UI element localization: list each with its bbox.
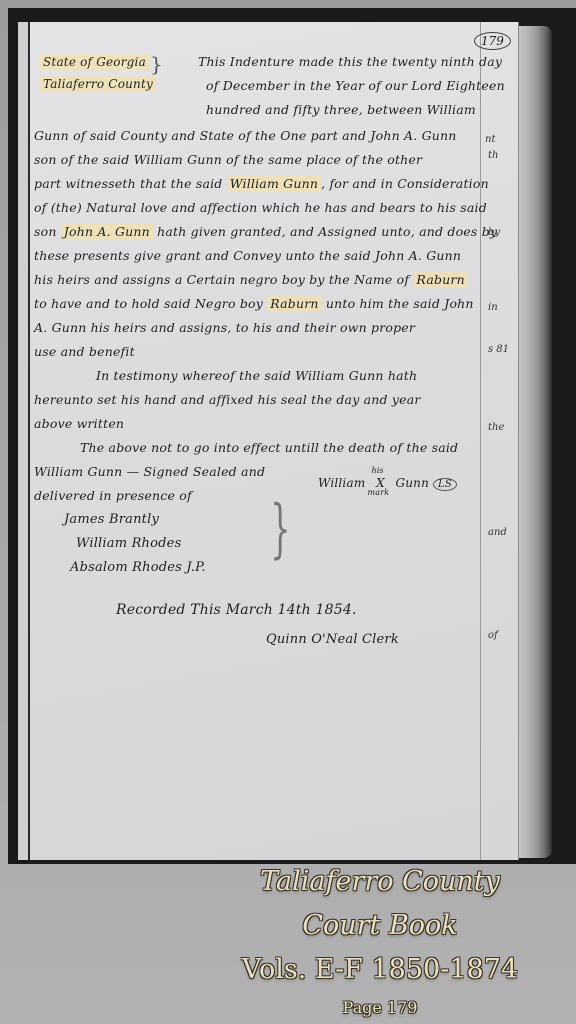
line-17: The above not to go into effect untill t… [80, 440, 458, 455]
margin-note: s 81 [488, 344, 509, 355]
margin-note: nt [485, 134, 495, 145]
caption-page: Page 179 [230, 998, 530, 1017]
caption-county: Taliaferro County [230, 866, 530, 897]
line-3: hundred and fifty three, between William [206, 102, 476, 117]
highlight-william-gunn: William Gunn [227, 175, 321, 192]
witness-1: James Brantly [64, 512, 159, 527]
signature-block: William his X mark Gunn LS [318, 476, 457, 490]
margin-note: by [488, 227, 500, 238]
line-4: Gunn of said County and State of the One… [34, 128, 457, 143]
margin-note: in [488, 302, 498, 313]
margin-note: th [488, 150, 498, 161]
left-margin-rule [28, 22, 30, 860]
line-5: son of the said William Gunn of the same… [34, 152, 422, 167]
line-2: of December in the Year of our Lord Eigh… [206, 78, 505, 93]
right-margin-rule [480, 22, 481, 860]
book-photo-frame: 179 State of Georgia Taliaferro County }… [8, 8, 576, 864]
book-page-edges [518, 26, 552, 858]
heading-county: Taliaferro County [40, 76, 156, 92]
caption-court-book: Court Book [230, 910, 530, 941]
line-12: A. Gunn his heirs and assigns, to his an… [34, 320, 415, 335]
line-18: William Gunn — Signed Sealed and [34, 464, 265, 479]
witness-2: William Rhodes [76, 536, 181, 551]
signature-mark: his X mark [369, 476, 391, 490]
line-10: his heirs and assigns a Certain negro bo… [34, 272, 468, 287]
margin-note: of [488, 630, 498, 641]
line-6: part witnesseth that the said William Gu… [34, 176, 489, 191]
line-8: son John A. Gunn hath given granted, and… [34, 224, 497, 239]
witness-3: Absalom Rhodes J.P. [70, 560, 206, 575]
page-number: 179 [474, 32, 511, 50]
line-16: above written [34, 416, 124, 431]
ledger-page: 179 State of Georgia Taliaferro County }… [18, 22, 519, 860]
left-margin-strip [18, 22, 28, 860]
highlight-john-gunn: John A. Gunn [61, 223, 153, 240]
clerk-signature: Quinn O'Neal Clerk [266, 632, 399, 647]
margin-note: and [488, 527, 507, 538]
line-11: to have and to hold said Negro boy Rabur… [34, 296, 474, 311]
line-15: hereunto set his hand and affixed his se… [34, 392, 421, 407]
heading-brace: } [150, 52, 163, 76]
seal-mark: LS [433, 478, 457, 491]
line-9: these presents give grant and Convey unt… [34, 248, 461, 263]
line-1: This Indenture made this the twenty nint… [198, 54, 502, 69]
line-7: of (the) Natural love and affection whic… [34, 200, 487, 215]
line-19: delivered in presence of [34, 488, 192, 503]
highlight-raburn-2: Raburn [267, 295, 321, 312]
caption-volumes: Vols. E-F 1850-1874 [230, 954, 530, 985]
heading-state: State of Georgia [40, 54, 149, 70]
highlight-raburn-1: Raburn [413, 271, 467, 288]
recorded-date: Recorded This March 14th 1854. [116, 602, 357, 618]
witness-brace: } [270, 492, 290, 566]
line-13: use and benefit [34, 344, 135, 359]
line-14: In testimony whereof the said William Gu… [96, 368, 417, 383]
margin-note: the [488, 422, 504, 433]
